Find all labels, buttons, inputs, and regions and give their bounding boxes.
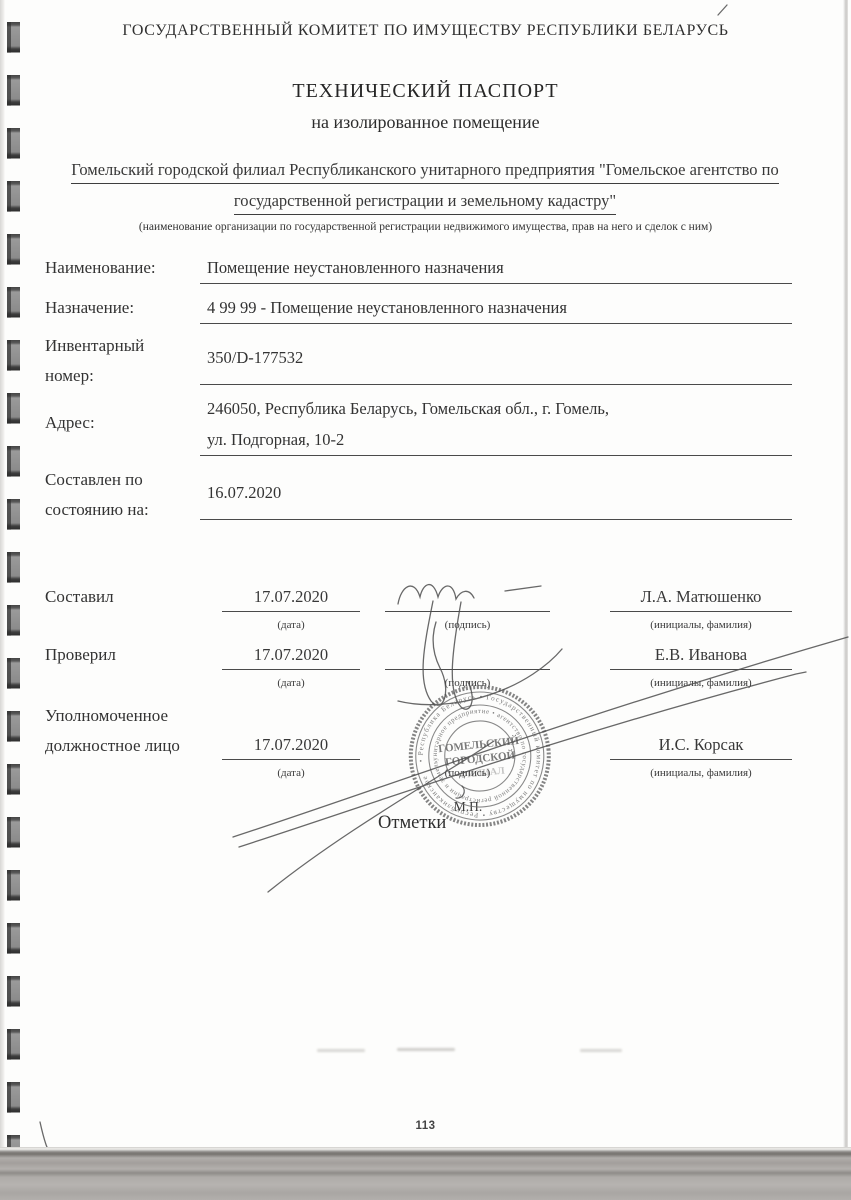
field-label-inventory-2: номер: — [45, 366, 94, 386]
sig-role-3-line1: Уполномоченное — [45, 706, 168, 726]
smudge-line-3 — [580, 1049, 622, 1052]
sig-caption-date-2: (дата) — [222, 677, 360, 689]
official-round-stamp: • Республика Беларусь • Государственный … — [390, 668, 570, 848]
page-edge-left — [0, 0, 5, 1200]
stamp-center-line3: ФИЛИАЛ — [458, 765, 506, 781]
sig-role-3-line2: должностное лицо — [45, 736, 180, 756]
sig-underline-name-1 — [610, 611, 792, 612]
sig-underline-date-1 — [222, 611, 360, 612]
sig-caption-date-3: (дата) — [222, 767, 360, 779]
sig-date-2: 17.07.2020 — [222, 645, 360, 665]
scanned-document-page: ГОСУДАРСТВЕННЫЙ КОМИТЕТ ПО ИМУЩЕСТВУ РЕС… — [0, 0, 851, 1200]
organization-caption: (наименование организации по государстве… — [0, 221, 851, 233]
document-title: ТЕХНИЧЕСКИЙ ПАСПОРТ — [0, 80, 851, 103]
signature-scrawl — [398, 585, 474, 604]
organization-name-line1: Гомельский городской филиал Республиканс… — [30, 160, 820, 184]
smudge-line-2 — [397, 1048, 455, 1051]
page-edge-right — [843, 0, 848, 1200]
field-underline-asof — [200, 519, 792, 520]
corner-tick — [718, 5, 727, 15]
sig-caption-sign-1: (подпись) — [385, 619, 550, 631]
document-subtitle: на изолированное помещение — [0, 112, 851, 133]
field-underline-name — [200, 283, 792, 284]
bottom-scan-band — [0, 1147, 851, 1200]
page-number: 113 — [0, 1120, 851, 1132]
sig-caption-name-2: (инициалы, фамилия) — [610, 677, 792, 689]
sig-underline-name-3 — [610, 759, 792, 760]
sig-underline-date-3 — [222, 759, 360, 760]
sig-role-1: Составил — [45, 587, 114, 607]
field-label-asof-1: Составлен по — [45, 470, 143, 490]
field-label-address: Адрес: — [45, 413, 95, 433]
sig-person-2: Е.В. Иванова — [610, 645, 792, 665]
sig-underline-name-2 — [610, 669, 792, 670]
field-value-asof: 16.07.2020 — [207, 483, 281, 503]
sig-underline-date-2 — [222, 669, 360, 670]
smudge-line-1 — [317, 1049, 365, 1052]
committee-header: ГОСУДАРСТВЕННЫЙ КОМИТЕТ ПО ИМУЩЕСТВУ РЕС… — [0, 22, 851, 40]
field-value-purpose: 4 99 99 - Помещение неустановленного наз… — [207, 298, 567, 318]
sig-date-3: 17.07.2020 — [222, 735, 360, 755]
sig-caption-name-1: (инициалы, фамилия) — [610, 619, 792, 631]
field-underline-purpose — [200, 323, 792, 324]
sig-caption-date-1: (дата) — [222, 619, 360, 631]
field-label-inventory-1: Инвентарный — [45, 336, 144, 356]
sig-person-3: И.С. Корсак — [610, 735, 792, 755]
field-underline-inventory — [200, 384, 792, 385]
field-value-inventory: 350/D-177532 — [207, 348, 303, 368]
field-value-address-1: 246050, Республика Беларусь, Гомельская … — [207, 399, 609, 419]
sig-caption-name-3: (инициалы, фамилия) — [610, 767, 792, 779]
field-label-purpose: Назначение: — [45, 298, 134, 318]
field-label-name: Наименование: — [45, 258, 156, 278]
sig-role-2: Проверил — [45, 645, 116, 665]
sig-person-1: Л.А. Матюшенко — [610, 587, 792, 607]
field-underline-address — [200, 455, 792, 456]
binding-marks-edge — [7, 22, 11, 1154]
field-label-asof-2: состоянию на: — [45, 500, 149, 520]
signature-dash — [505, 586, 541, 591]
field-value-name: Помещение неустановленного назначения — [207, 258, 504, 278]
field-value-address-2: ул. Подгорная, 10-2 — [207, 430, 344, 450]
sig-underline-sign-1 — [385, 611, 550, 612]
sig-date-1: 17.07.2020 — [222, 587, 360, 607]
organization-name-line2: государственной регистрации и земельному… — [30, 191, 820, 215]
